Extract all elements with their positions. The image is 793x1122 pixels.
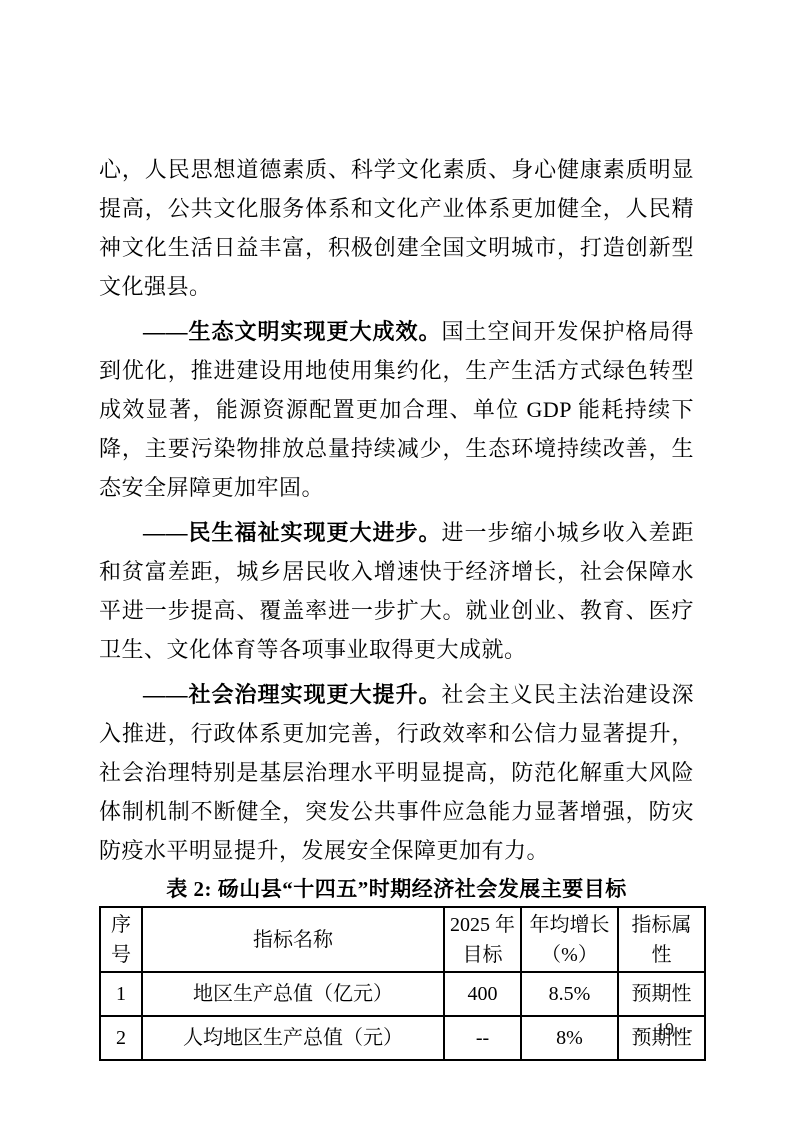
paragraph-culture: 心，人民思想道德素质、科学文化素质、身心健康素质明显提高，公共文化服务体系和文化… (99, 150, 694, 306)
header-indicator-attribute: 指标属 性 (618, 907, 705, 972)
cell-serial: 1 (100, 972, 142, 1016)
cell-serial: 2 (100, 1016, 142, 1060)
paragraph-lead: ——生态文明实现更大成效。 (143, 319, 441, 344)
cell-2025-target: -- (444, 1016, 521, 1060)
table-row-gdp: 1 地区生产总值（亿元） 400 8.5% 预期性 (100, 972, 705, 1016)
paragraph-text: 心，人民思想道德素质、科学文化素质、身心健康素质明显提高，公共文化服务体系和文化… (99, 157, 694, 299)
paragraph-text: 社会主义民主法治建设深入推进，行政体系更加完善，行政效率和公信力显著提升，社会治… (99, 682, 694, 863)
paragraph-lead: ——社会治理实现更大提升。 (143, 682, 441, 707)
paragraph-text: 国土空间开发保护格局得到优化，推进建设用地使用集约化，生产生活方式绿色转型成效显… (99, 319, 694, 500)
cell-indicator-name: 人均地区生产总值（元） (142, 1016, 444, 1060)
paragraph-lead: ——民生福祉实现更大进步。 (143, 520, 441, 545)
document-page: 心，人民思想道德素质、科学文化素质、身心健康素质明显提高，公共文化服务体系和文化… (0, 0, 793, 1122)
page-number: - 19 - (595, 1018, 735, 1040)
header-indicator-name: 指标名称 (142, 907, 444, 972)
body-text: 心，人民思想道德素质、科学文化素质、身心健康素质明显提高，公共文化服务体系和文化… (99, 150, 694, 870)
paragraph-livelihood: ——民生福祉实现更大进步。进一步缩小城乡收入差距和贫富差距，城乡居民收入增速快于… (99, 513, 694, 669)
cell-attribute: 预期性 (618, 972, 705, 1016)
header-2025-target: 2025 年 目标 (444, 907, 521, 972)
cell-2025-target: 400 (444, 972, 521, 1016)
table-header-row: 序 号 指标名称 2025 年 目标 年均增长 （%） 指标属 性 (100, 907, 705, 972)
cell-annual-growth: 8.5% (521, 972, 618, 1016)
paragraph-governance: ——社会治理实现更大提升。社会主义民主法治建设深入推进，行政体系更加完善，行政效… (99, 675, 694, 870)
table-title: 表 2: 砀山县“十四五”时期经济社会发展主要目标 (99, 876, 694, 902)
page-content: 心，人民思想道德素质、科学文化素质、身心健康素质明显提高，公共文化服务体系和文化… (99, 150, 694, 1061)
header-annual-growth: 年均增长 （%） (521, 907, 618, 972)
paragraph-ecology: ——生态文明实现更大成效。国土空间开发保护格局得到优化，推进建设用地使用集约化，… (99, 312, 694, 507)
cell-indicator-name: 地区生产总值（亿元） (142, 972, 444, 1016)
header-serial-number: 序 号 (100, 907, 142, 972)
